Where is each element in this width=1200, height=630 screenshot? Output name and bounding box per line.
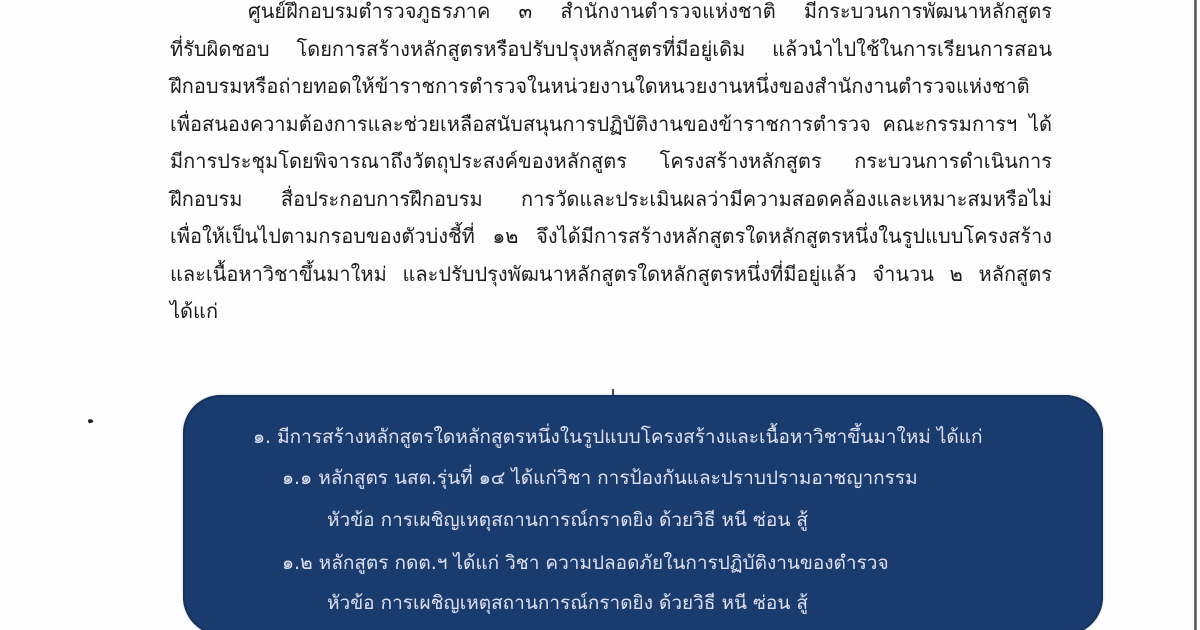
body-paragraph: ศูนย์ฝึกอบรมตำรวจภูธรภาค ๓ สำนักงานตำรวจ… [170, 0, 1052, 331]
paragraph-line: ฝึกอบรมหรือถ่ายทอดให้ข้าราชการตำรวจในหน่… [170, 68, 1052, 106]
paragraph-line: ที่รับผิดชอบ โดยการสร้างหลักสูตรหรือปรับ… [170, 31, 1052, 69]
scan-border-line [1194, 0, 1197, 630]
paragraph-line: ได้แก่ [170, 293, 1052, 331]
paragraph-line: มีการประชุมโดยพิจารณาถึงวัตถุประสงค์ของห… [170, 143, 1052, 181]
box-item-heading: ๑. มีการสร้างหลักสูตรใดหลักสูตรหนึ่งในรู… [253, 417, 982, 457]
scan-speck [87, 418, 93, 423]
paragraph-line: ศูนย์ฝึกอบรมตำรวจภูธรภาค ๓ สำนักงานตำรวจ… [170, 0, 1052, 31]
scanned-document-page: ศูนย์ฝึกอบรมตำรวจภูธรภาค ๓ สำนักงานตำรวจ… [0, 0, 1200, 630]
paragraph-line: เพื่อสนองความต้องการและช่วยเหลือสนับสนุน… [170, 106, 1052, 144]
highlight-box: ๑. มีการสร้างหลักสูตรใดหลักสูตรหนึ่งในรู… [183, 395, 1103, 630]
paragraph-line: เพื่อให้เป็นไปตามกรอบของตัวบ่งชี้ที่ ๑๒ … [170, 218, 1052, 256]
box-subitem-topic: หัวข้อ การเผชิญเหตุสถานการณ์กราดยิง ด้วย… [327, 500, 808, 540]
box-subitem-course: ๑.๑ หลักสูตร นสต.รุ่นที่ ๑๔ ได้แก่วิชา ก… [282, 458, 918, 498]
box-subitem-course: ๑.๒ หลักสูตร กดต.ฯ ได้แก่ วิชา ความปลอดภ… [282, 543, 889, 583]
paragraph-line: ฝึกอบรม สื่อประกอบการฝึกอบรม การวัดและปร… [170, 181, 1052, 219]
box-subitem-topic: หัวข้อ การเผชิญเหตุสถานการณ์กราดยิง ด้วย… [327, 583, 808, 623]
paragraph-line: และเนื้อหาวิชาขึ้นมาใหม่ และปรับปรุงพัฒน… [170, 256, 1052, 294]
